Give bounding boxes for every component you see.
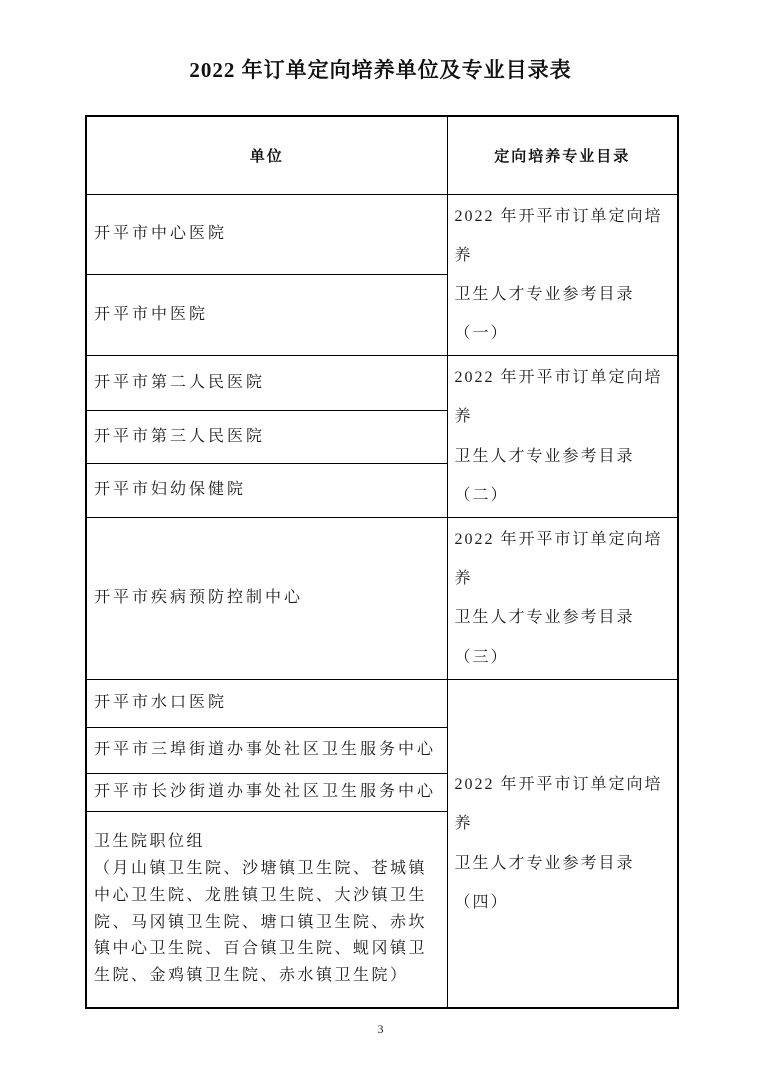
page-title: 2022 年订单定向培养单位及专业目录表 bbox=[0, 54, 761, 84]
table-header-row: 单位 定向培养专业目录 bbox=[86, 116, 678, 194]
unit-cell: 开平市妇幼保健院 bbox=[86, 463, 447, 517]
unit-cell: 开平市第三人民医院 bbox=[86, 410, 447, 463]
table-row: 开平市疾病预防控制中心 2022 年开平市订单定向培养 卫生人才专业参考目录（三… bbox=[86, 518, 678, 680]
unit-cell: 开平市疾病预防控制中心 bbox=[86, 518, 447, 680]
catalog-column-header: 定向培养专业目录 bbox=[447, 116, 678, 194]
training-units-table: 单位 定向培养专业目录 开平市中心医院 2022 年开平市订单定向培养 卫生人才… bbox=[85, 115, 679, 1009]
catalog-cell: 2022 年开平市订单定向培养 卫生人才专业参考目录（二） bbox=[447, 356, 678, 518]
unit-cell: 开平市中医院 bbox=[86, 275, 447, 356]
unit-column-header: 单位 bbox=[86, 116, 447, 194]
unit-cell: 开平市中心医院 bbox=[86, 194, 447, 275]
table-row: 开平市中心医院 2022 年开平市订单定向培养 卫生人才专业参考目录（一） bbox=[86, 194, 678, 275]
unit-cell: 开平市三埠街道办事处社区卫生服务中心 bbox=[86, 727, 447, 773]
unit-cell: 开平市水口医院 bbox=[86, 679, 447, 727]
unit-cell-hospital-group: 卫生院职位组 （月山镇卫生院、沙塘镇卫生院、苍城镇中心卫生院、龙胜镇卫生院、大沙… bbox=[86, 811, 447, 1008]
unit-cell: 开平市长沙街道办事处社区卫生服务中心 bbox=[86, 773, 447, 811]
catalog-cell: 2022 年开平市订单定向培养 卫生人才专业参考目录（三） bbox=[447, 518, 678, 680]
page-number: 3 bbox=[0, 1022, 761, 1037]
unit-cell: 开平市第二人民医院 bbox=[86, 356, 447, 410]
catalog-cell: 2022 年开平市订单定向培养 卫生人才专业参考目录（一） bbox=[447, 194, 678, 356]
table-row: 开平市第二人民医院 2022 年开平市订单定向培养 卫生人才专业参考目录（二） bbox=[86, 356, 678, 410]
document-page: 2022 年订单定向培养单位及专业目录表 单位 定向培养专业目录 开平市中心医院… bbox=[0, 0, 761, 1073]
table-row: 开平市水口医院 2022 年开平市订单定向培养 卫生人才专业参考目录（四） bbox=[86, 679, 678, 727]
catalog-cell: 2022 年开平市订单定向培养 卫生人才专业参考目录（四） bbox=[447, 679, 678, 1008]
